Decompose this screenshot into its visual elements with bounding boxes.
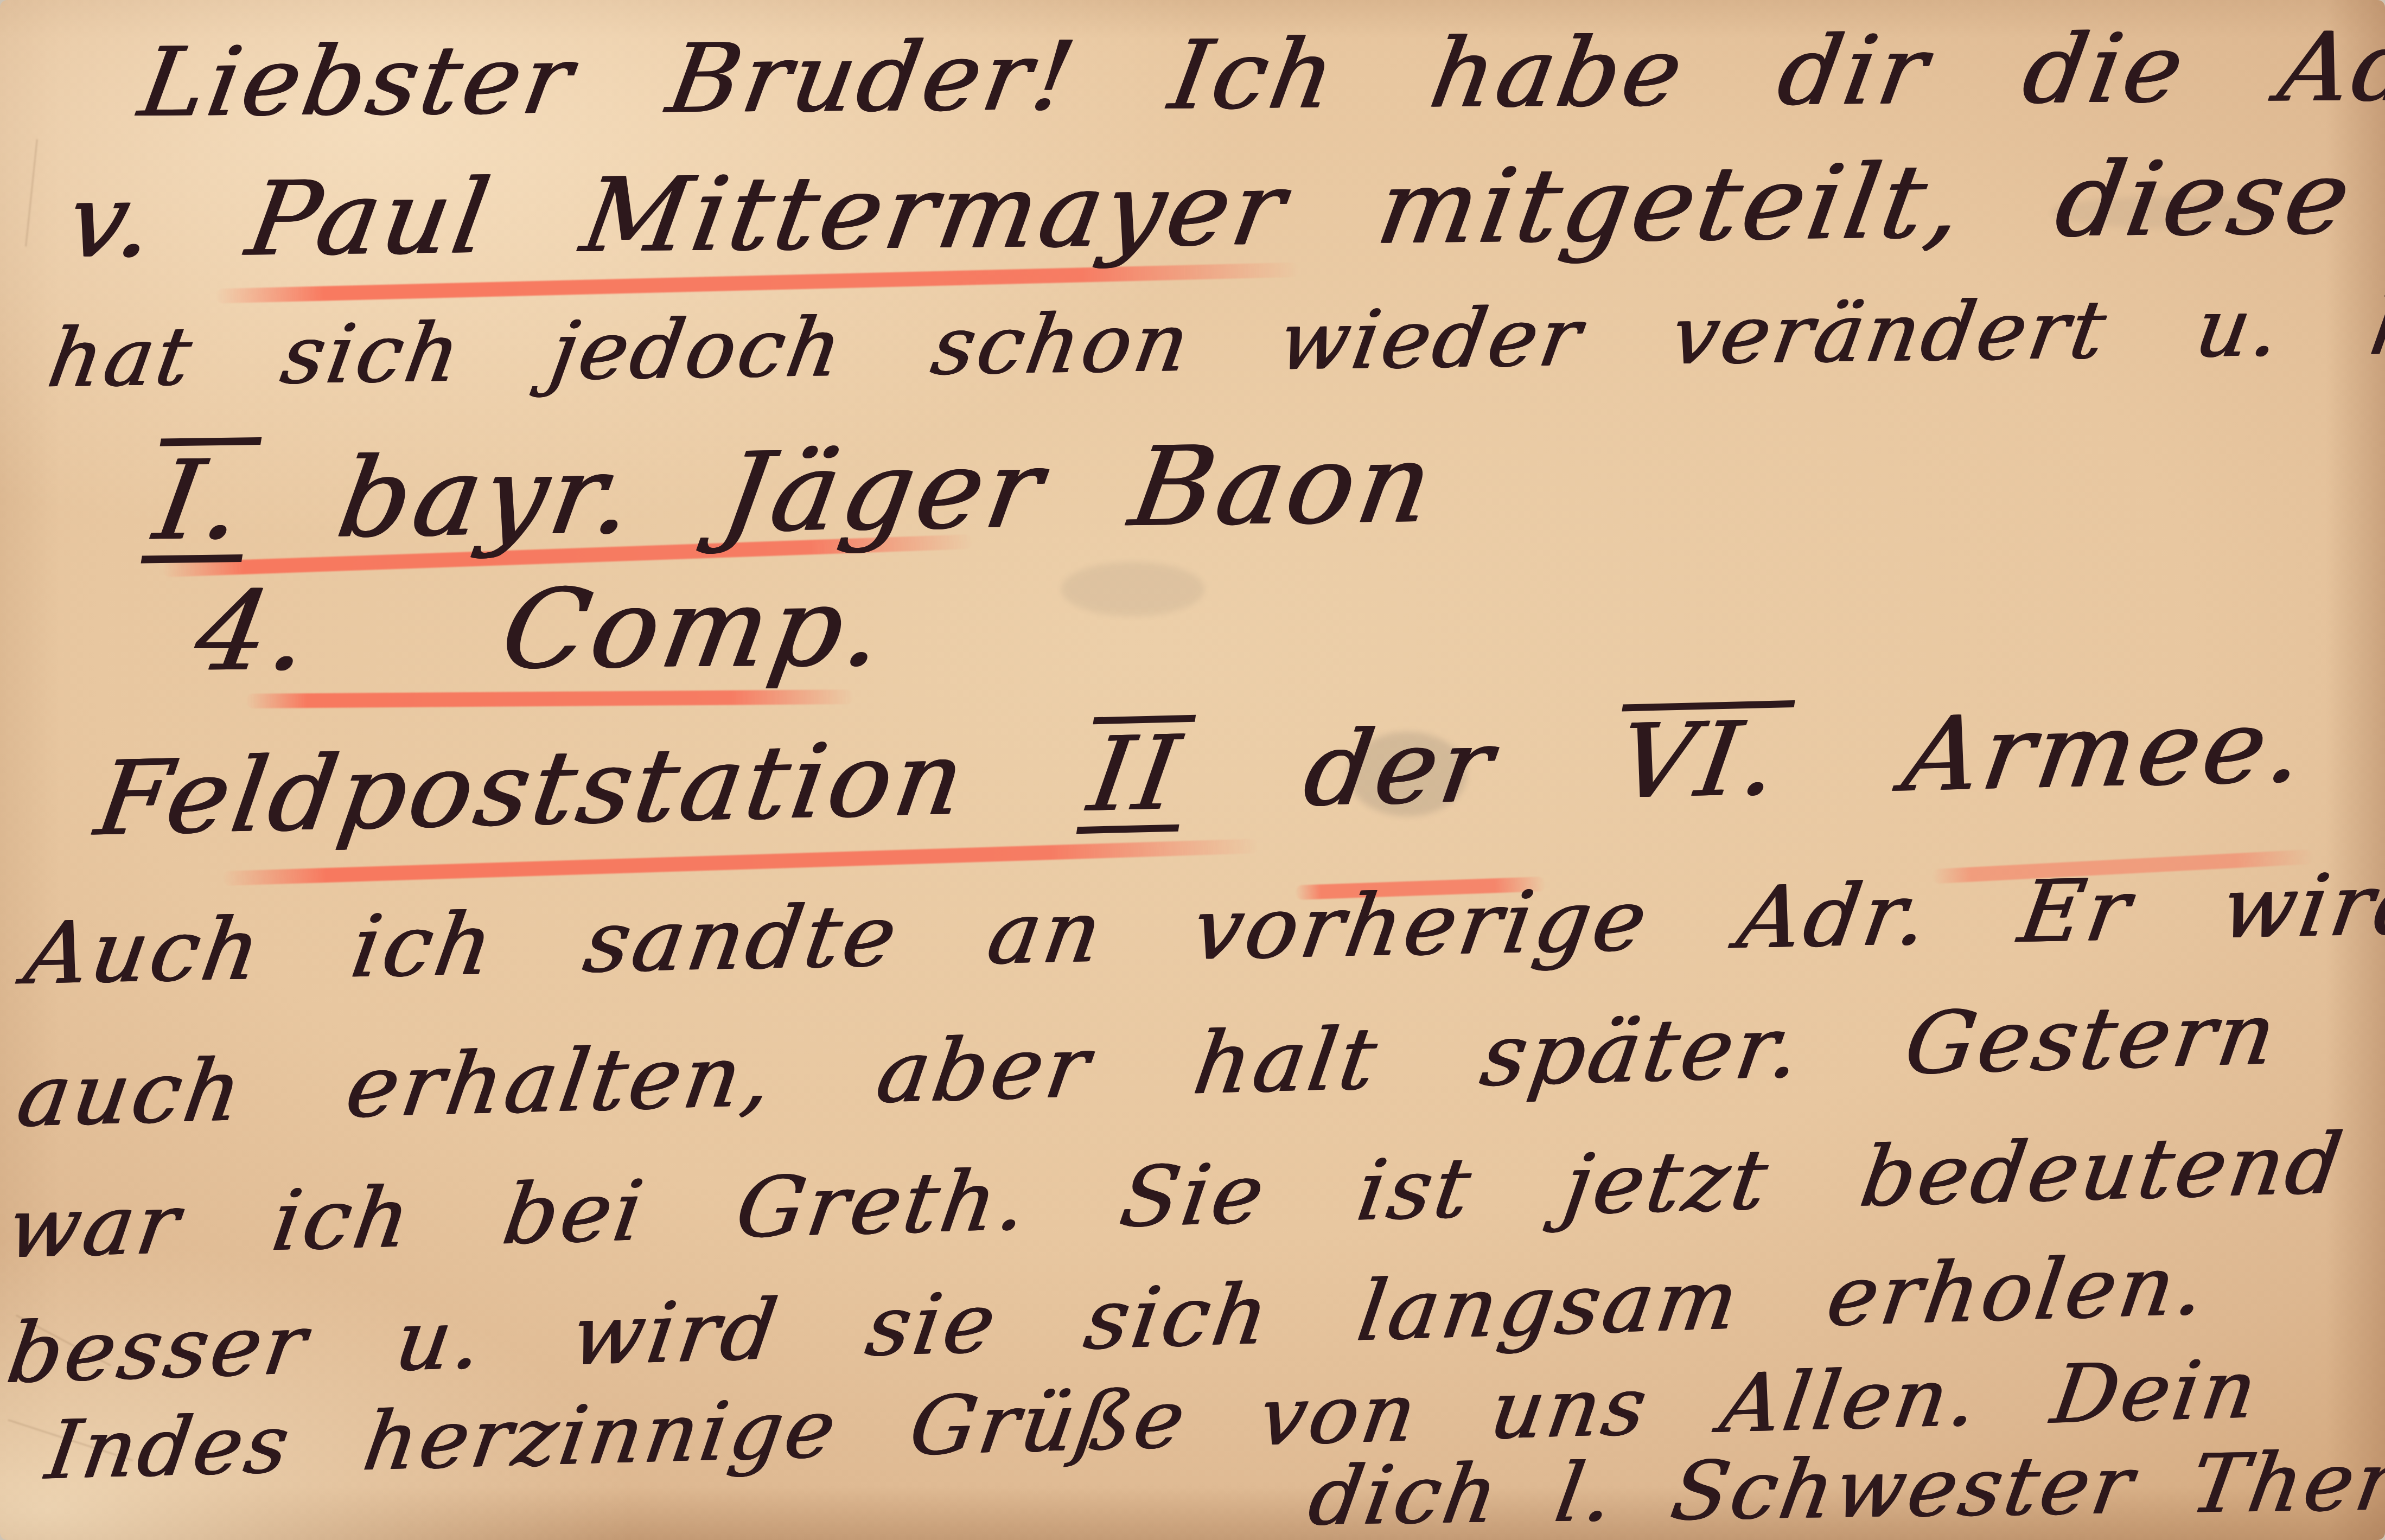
address-line-battalion: I. bayr. Jäger Baon — [141, 421, 1444, 564]
postcard-paper: Liebster Bruder! Ich habe dir die Adr. v… — [0, 0, 2385, 1540]
paper-crease — [25, 139, 38, 246]
line-text: v. — [61, 170, 164, 273]
line-text: auch erhalten, aber halt später. Gestern — [12, 991, 2284, 1140]
ink-smudge — [1061, 562, 1204, 616]
line-text: Armee. — [1898, 695, 2314, 807]
roman-numeral: VI. — [1606, 700, 1795, 814]
address-line-feldpost: Feldpoststation II der VI. Armee. — [90, 688, 2315, 858]
line-text: bayr. Jäger Baon — [331, 429, 1443, 553]
line-text: der — [1298, 714, 1502, 821]
letter-line-salutation: Liebster Bruder! Ich habe dir die Adr. — [133, 20, 2385, 131]
letter-line-changed: hat sich jedoch schon wieder verändert u… — [43, 282, 2385, 399]
letter-line-body-2: auch erhalten, aber halt später. Gestern — [12, 991, 2284, 1140]
underlined-name: Paul Mittermayer — [241, 158, 1294, 271]
letter-line-signature: dich l. Schwester Therese. — [1304, 1439, 2385, 1537]
line-text: 4. Comp. — [188, 572, 895, 687]
line-text: Feldpoststation — [91, 727, 974, 851]
letter-line-name: v. Paul Mittermayer mitgeteilt, diese — [61, 146, 2360, 273]
line-text: mitgeteilt, diese — [1371, 146, 2360, 259]
address-line-company: 4. Comp. — [188, 572, 895, 687]
signature-text: dich l. Schwester Therese. — [1304, 1439, 2385, 1537]
roman-numeral: I. — [141, 437, 262, 564]
line-text: hat sich jedoch schon wieder verändert u… — [43, 282, 2385, 399]
line-text: Liebster Bruder! Ich habe dir die Adr. — [133, 20, 2385, 131]
roman-numeral: II — [1076, 715, 1196, 834]
